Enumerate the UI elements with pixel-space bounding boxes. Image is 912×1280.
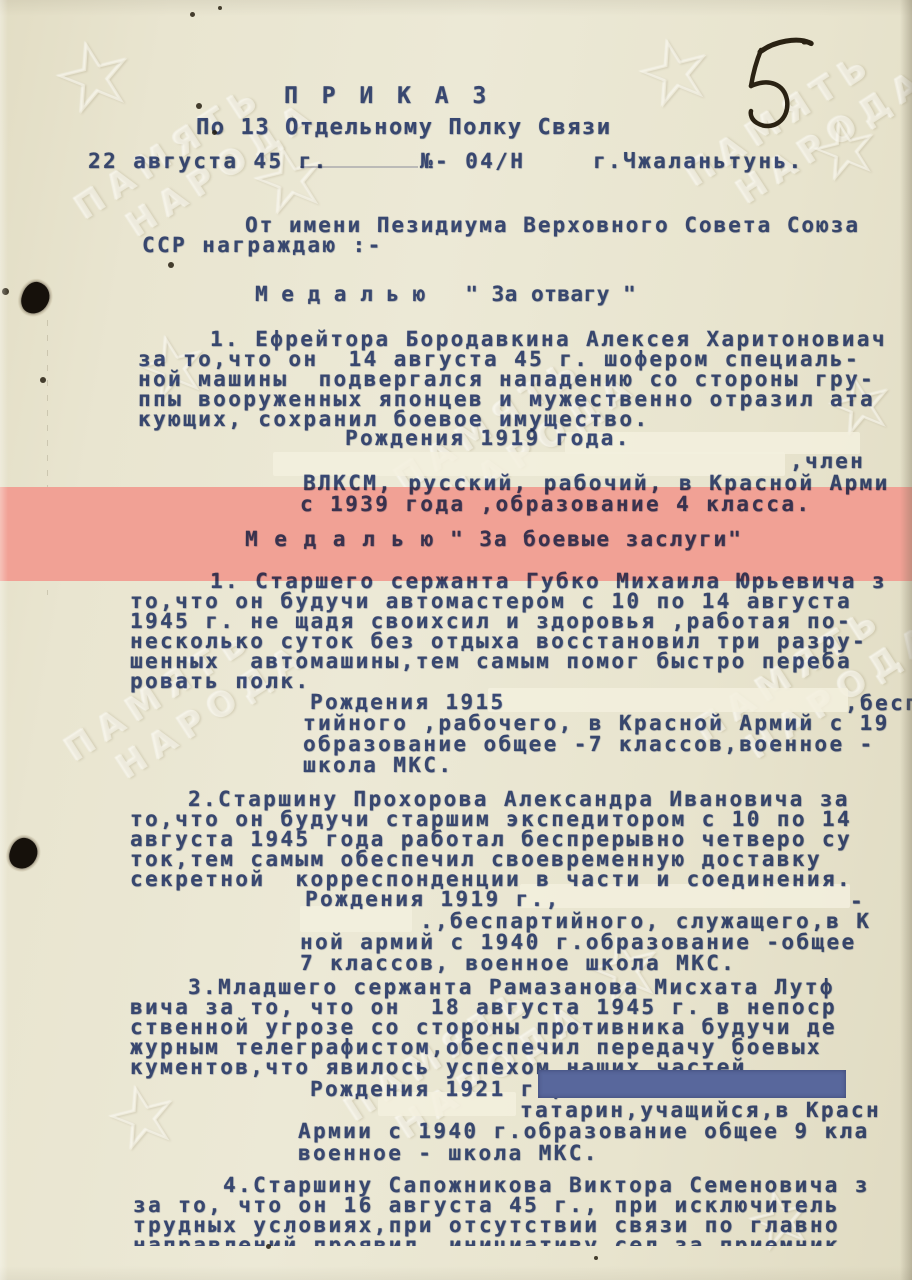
document-line: г.Чжаланьтунь. [593,150,804,172]
ink-speck [266,1244,271,1249]
document-line: тийного ,рабочего, в Красной Армий с 19 [303,712,890,734]
watermark-star-icon: ☆ [96,1067,191,1168]
document-line: ССР награждаю :- [142,234,383,256]
document-line: с 1939 года ,образование 4 класса. [300,493,812,515]
document-line: П Р И К А З [284,84,491,108]
ink-speck [40,377,46,383]
document-line: 22 августа 45 г. [88,150,329,172]
document-line: По 13 Отдельному Полку Связи [196,116,612,139]
redaction-box [538,1070,846,1098]
document-line: татарин,учащийся,в Красн [520,1099,881,1121]
document-line: Армии с 1940 г.образование общее 9 кла [298,1120,870,1142]
ink-speck [594,1256,598,1260]
ink-speck [196,103,202,109]
ink-speck [190,12,195,17]
ink-speck [2,288,9,295]
document-line: военное - школа МКС. [298,1142,599,1164]
watermark-star-icon: ☆ [625,20,725,127]
ink-speck [168,262,174,268]
ink-speck [218,6,222,10]
document-line: ной армий с 1940 г.образование -общее [300,931,857,953]
document-line: образование общее -7 классов,военное - [303,733,875,755]
document-line: трудных условиях,при отсутствии связи по… [133,1214,840,1236]
document-line: Рождения 1919 г., [305,888,561,910]
document-line: М е д а л ь ю " За отвагу " [255,283,636,305]
document-line: 7 классов, военное школа МКС. [300,952,736,974]
handwritten-page-number-value: 5 [0,0,1,1]
document-line: №- 04/Н [420,150,525,172]
document-line: ровать полк. [130,670,311,692]
hole-punch [18,279,54,318]
document-line: .,беспартийного, служащего,в К [420,910,871,932]
handwritten-page-number [736,28,828,140]
scanned-document-page: 5 ПАМЯТЬНАРОДАПАМЯТЬНАРОДАПАМЯТЬНАРОДАПА… [0,0,912,1280]
document-line: ,член [790,450,865,472]
document-line: ВЛКСМ, русский, рабочий, в Красной Арми [303,472,890,494]
document-line: Рождения 1915 [310,691,506,713]
ink-speck [212,130,217,135]
erasure-patch [488,688,848,712]
document-line: направлений проявил инициативу сел за пр… [133,1234,840,1246]
document-line: М е д а л ь ю " За боевые заслуги" [245,528,743,550]
document-line: школа МКС. [303,754,454,776]
document-line: Рождения 1921 г., [310,1078,566,1100]
hole-punch [6,835,41,873]
document-line: Рождения 1919 года. [345,427,631,449]
watermark-star-icon: ☆ [42,21,148,134]
